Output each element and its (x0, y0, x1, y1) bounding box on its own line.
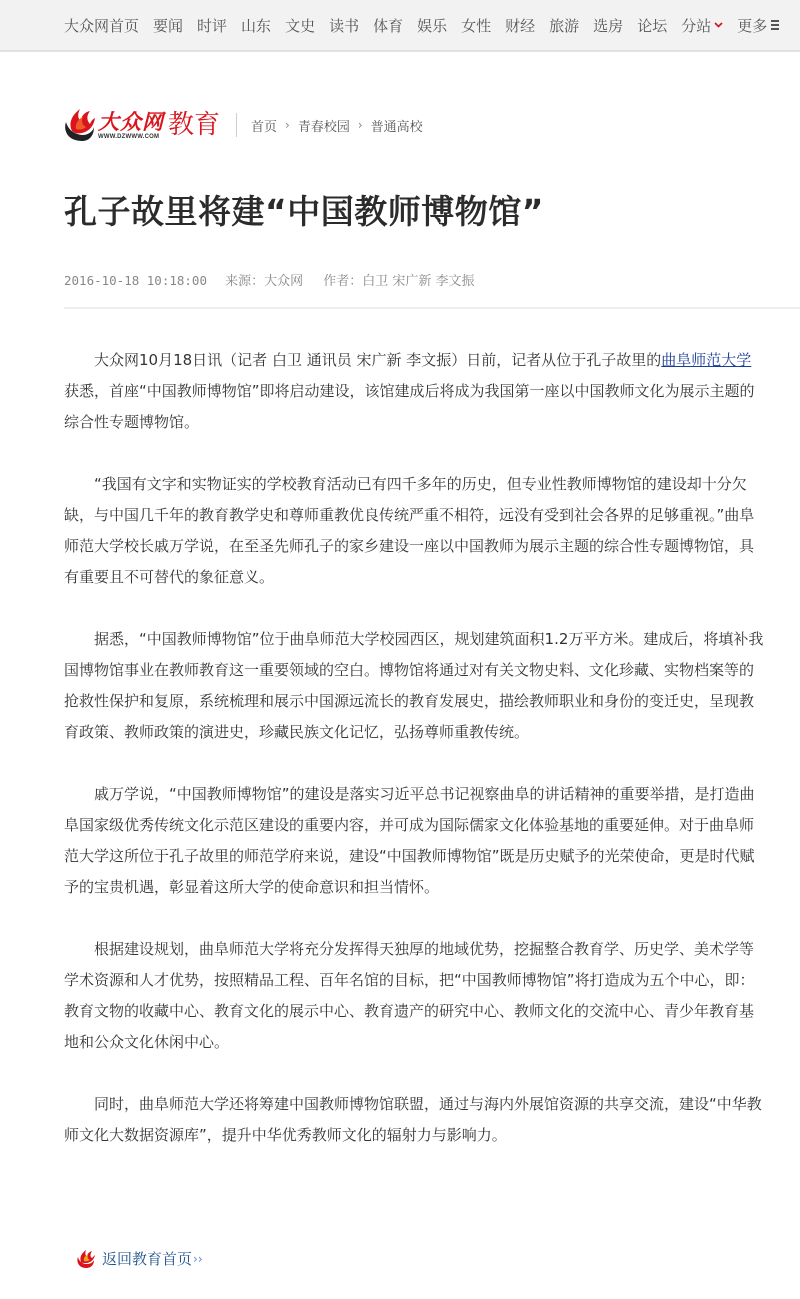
article-paragraph: 同时，曲阜师范大学还将筹建中国教师博物馆联盟，通过与海内外展馆资源的共享交流，建… (64, 1089, 764, 1151)
nav-finance[interactable]: 财经 (505, 15, 535, 36)
paragraph-text: 大众网10月18日讯（记者 白卫 通讯员 宋广新 李文振）日前，记者从位于孔子故… (94, 351, 661, 369)
nav-books[interactable]: 读书 (329, 15, 359, 36)
article-author: 作者：白卫 宋广新 李文振 (323, 274, 474, 289)
nav-branches-dropdown[interactable]: 分站 (681, 15, 723, 36)
meta-divider (64, 307, 800, 309)
article-meta: 2016-10-18 10:18:00 来源：大众网 作者：白卫 宋广新 李文振 (64, 270, 475, 289)
double-chevron-right-icon: ›› (193, 1252, 203, 1266)
site-header: 大众网 WWW.DZWWW.COM 教育 首页 › 青春校园 › 普通高校 (62, 100, 423, 150)
logo-brand: 大众网 (98, 111, 164, 133)
channel-name: 教育 (168, 110, 220, 140)
header-divider (236, 113, 237, 137)
nav-home[interactable]: 大众网首页 (64, 15, 139, 36)
logo-url: WWW.DZWWW.COM (98, 134, 159, 140)
article-title: 孔子故里将建“中国教师博物馆” (64, 186, 544, 233)
article-paragraph: 根据建设规划，曲阜师范大学将充分发挥得天独厚的地域优势，挖掘整合教育学、历史学、… (64, 934, 764, 1058)
nav-shandong[interactable]: 山东 (241, 15, 271, 36)
publish-date: 2016-10-18 10:18:00 (64, 273, 207, 288)
flame-logo-icon (76, 1249, 96, 1269)
flame-logo-icon (62, 107, 96, 143)
top-nav: 大众网首页 要闻 时评 山东 文史 读书 体育 娱乐 女性 财经 旅游 选房 论… (0, 0, 800, 52)
breadcrumb-chevron-icon: › (358, 118, 363, 132)
nav-history[interactable]: 文史 (285, 15, 315, 36)
breadcrumb-chevron-icon: › (285, 118, 290, 132)
university-link[interactable]: 曲阜师范大学 (661, 351, 751, 369)
menu-icon (771, 18, 779, 32)
nav-housing[interactable]: 选房 (593, 15, 623, 36)
chevron-down-icon (714, 18, 723, 31)
article-body: 大众网10月18日讯（记者 白卫 通讯员 宋广新 李文振）日前，记者从位于孔子故… (64, 345, 764, 1151)
breadcrumb-campus[interactable]: 青春校园 (298, 116, 350, 135)
breadcrumb-home[interactable]: 首页 (251, 116, 277, 135)
nav-sports[interactable]: 体育 (373, 15, 403, 36)
nav-entertainment[interactable]: 娱乐 (417, 15, 447, 36)
nav-more-label: 更多 (737, 15, 767, 36)
article-source: 来源：大众网 (225, 274, 303, 289)
breadcrumb-universities[interactable]: 普通高校 (371, 116, 423, 135)
nav-more[interactable]: 更多 (737, 15, 779, 36)
nav-branches-label: 分站 (681, 15, 711, 36)
site-logo[interactable]: 大众网 WWW.DZWWW.COM 教育 (62, 107, 220, 143)
back-link-label: 返回教育首页 (102, 1248, 192, 1269)
nav-news[interactable]: 要闻 (153, 15, 183, 36)
nav-women[interactable]: 女性 (461, 15, 491, 36)
nav-travel[interactable]: 旅游 (549, 15, 579, 36)
nav-commentary[interactable]: 时评 (197, 15, 227, 36)
nav-forum[interactable]: 论坛 (637, 15, 667, 36)
breadcrumb: 首页 › 青春校园 › 普通高校 (251, 116, 423, 135)
back-to-education-home-link[interactable]: 返回教育首页 ›› (76, 1248, 203, 1269)
article-paragraph: 戚万学说，“中国教师博物馆”的建设是落实习近平总书记视察曲阜的讲话精神的重要举措… (64, 779, 764, 903)
article-paragraph: 大众网10月18日讯（记者 白卫 通讯员 宋广新 李文振）日前，记者从位于孔子故… (64, 345, 764, 438)
paragraph-text: 获悉，首座“中国教师博物馆”即将启动建设，该馆建成后将成为我国第一座以中国教师文… (64, 382, 755, 431)
article-paragraph: “我国有文字和实物证实的学校教育活动已有四千多年的历史，但专业性教师博物馆的建设… (64, 469, 764, 593)
article-paragraph: 据悉，“中国教师博物馆”位于曲阜师范大学校园西区，规划建筑面积1.2万平方米。建… (64, 624, 764, 748)
